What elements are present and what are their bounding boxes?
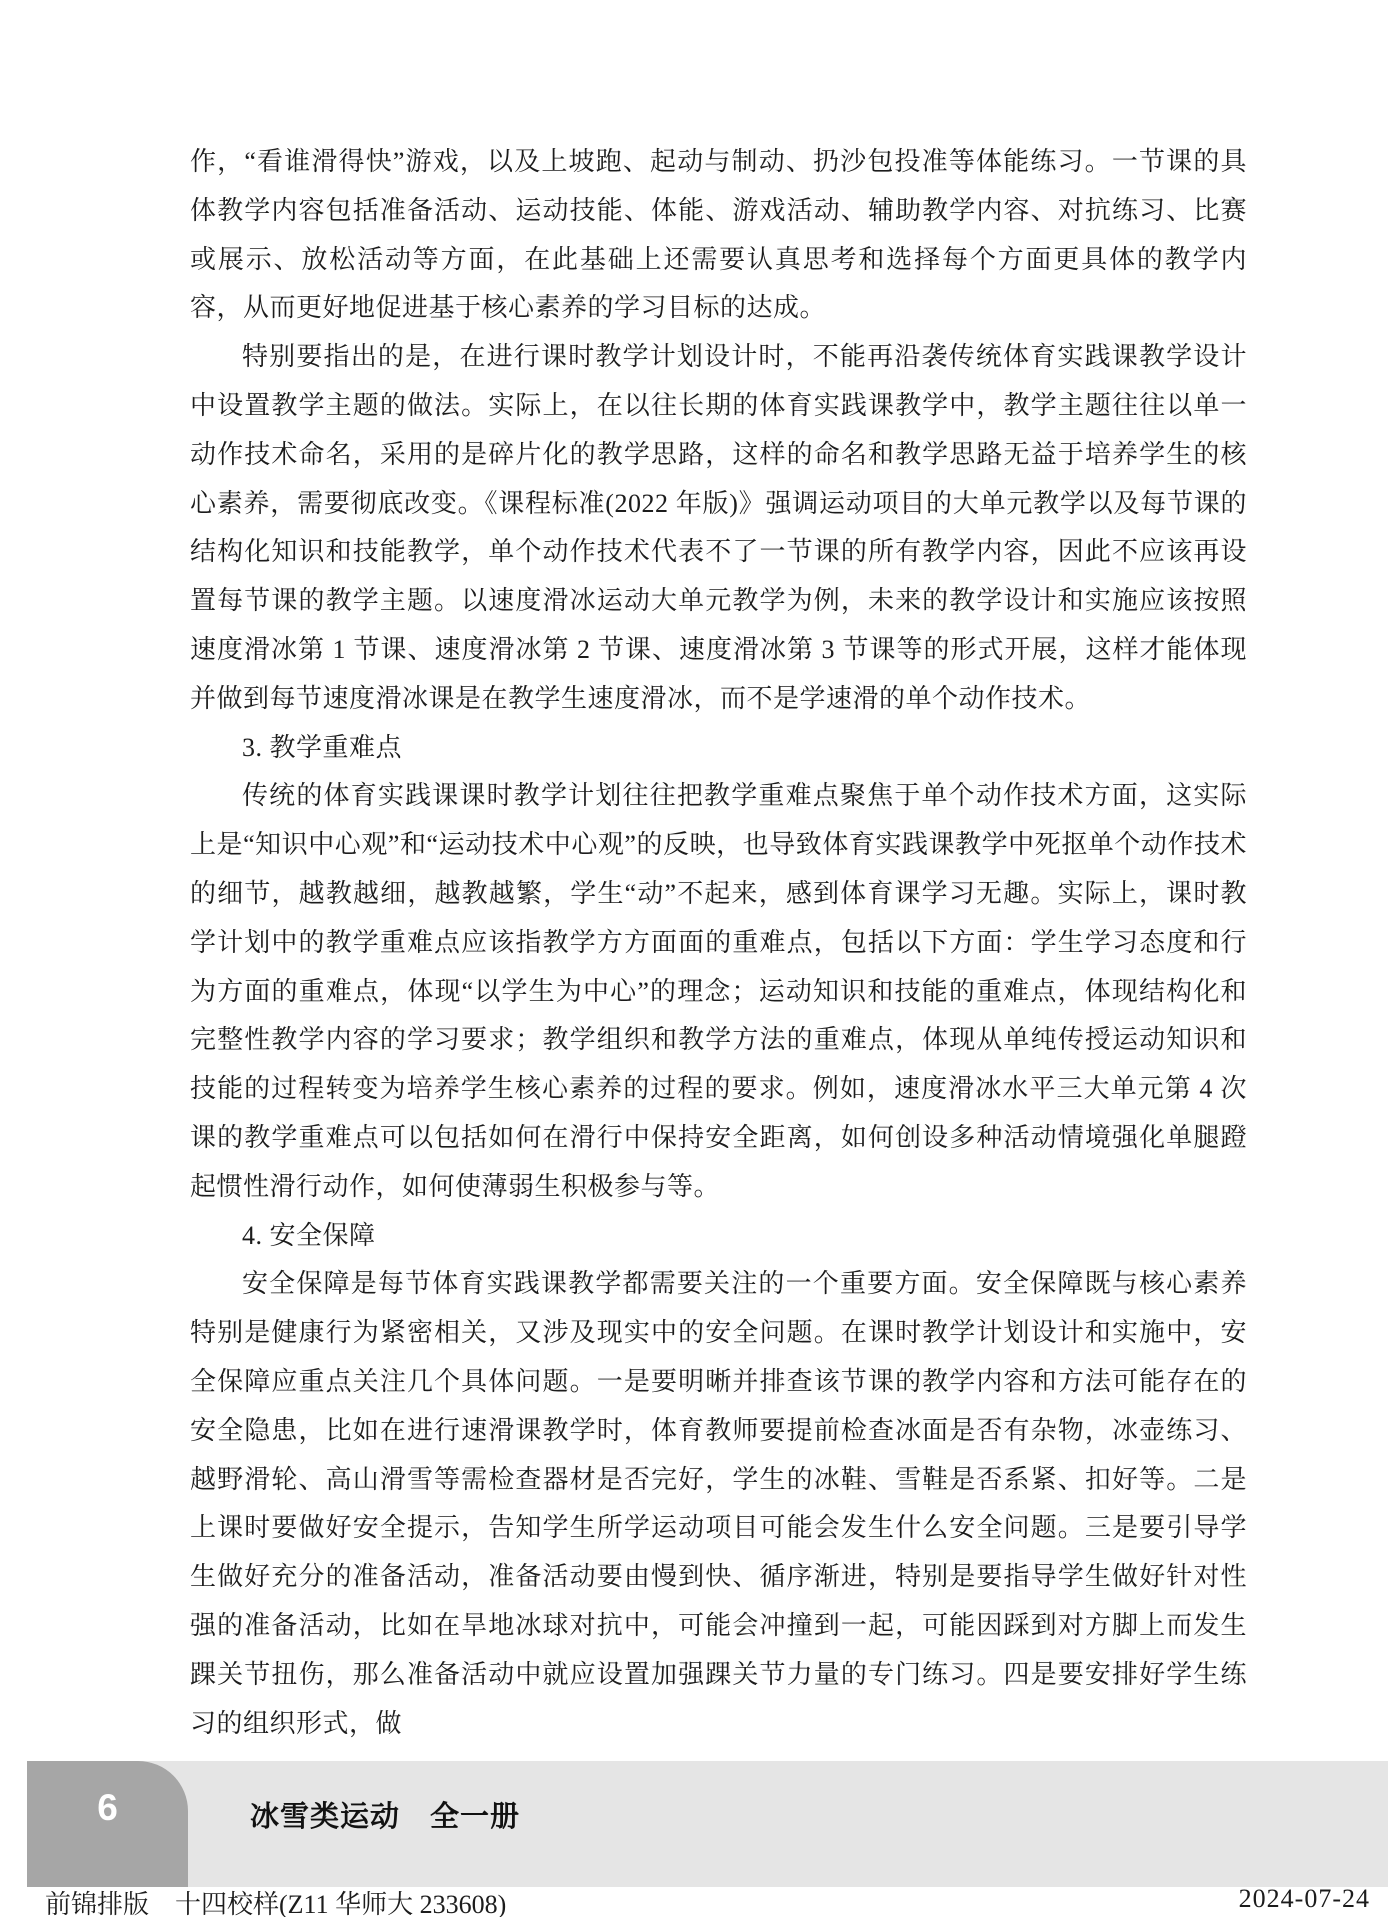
section-heading-4: 4. 安全保障 xyxy=(190,1212,1247,1261)
document-page: 作，“看谁滑得快”游戏，以及上坡跑、起动与制动、扔沙包投准等体能练习。一节课的具… xyxy=(0,0,1388,1917)
section-heading-3: 3. 教学重难点 xyxy=(190,724,1247,773)
paragraph-safety: 安全保障是每节体育实践课教学都需要关注的一个重要方面。安全保障既与核心素养特别是… xyxy=(190,1260,1247,1748)
body-text-block: 作，“看谁滑得快”游戏，以及上坡跑、起动与制动、扔沙包投准等体能练习。一节课的具… xyxy=(190,138,1247,1748)
paragraph-continuation: 作，“看谁滑得快”游戏，以及上坡跑、起动与制动、扔沙包投准等体能练习。一节课的具… xyxy=(190,138,1247,333)
page-number: 6 xyxy=(27,1787,188,1829)
proof-note: 前锦排版 十四校样(Z11 华师大 233608) xyxy=(45,1884,506,1917)
paragraph-teaching-key-points: 传统的体育实践课课时教学计划往往把教学重难点聚焦于单个动作技术方面，这实际上是“… xyxy=(190,772,1247,1211)
proof-date: 2024-07-24 xyxy=(1239,1884,1370,1914)
page-number-tab: 6 xyxy=(27,1761,188,1887)
footer-band xyxy=(27,1761,1388,1887)
book-title: 冰雪类运动 全一册 xyxy=(250,1794,520,1835)
paragraph-teaching-theme: 特别要指出的是，在进行课时教学计划设计时，不能再沿袭传统体育实践课教学设计中设置… xyxy=(190,333,1247,723)
